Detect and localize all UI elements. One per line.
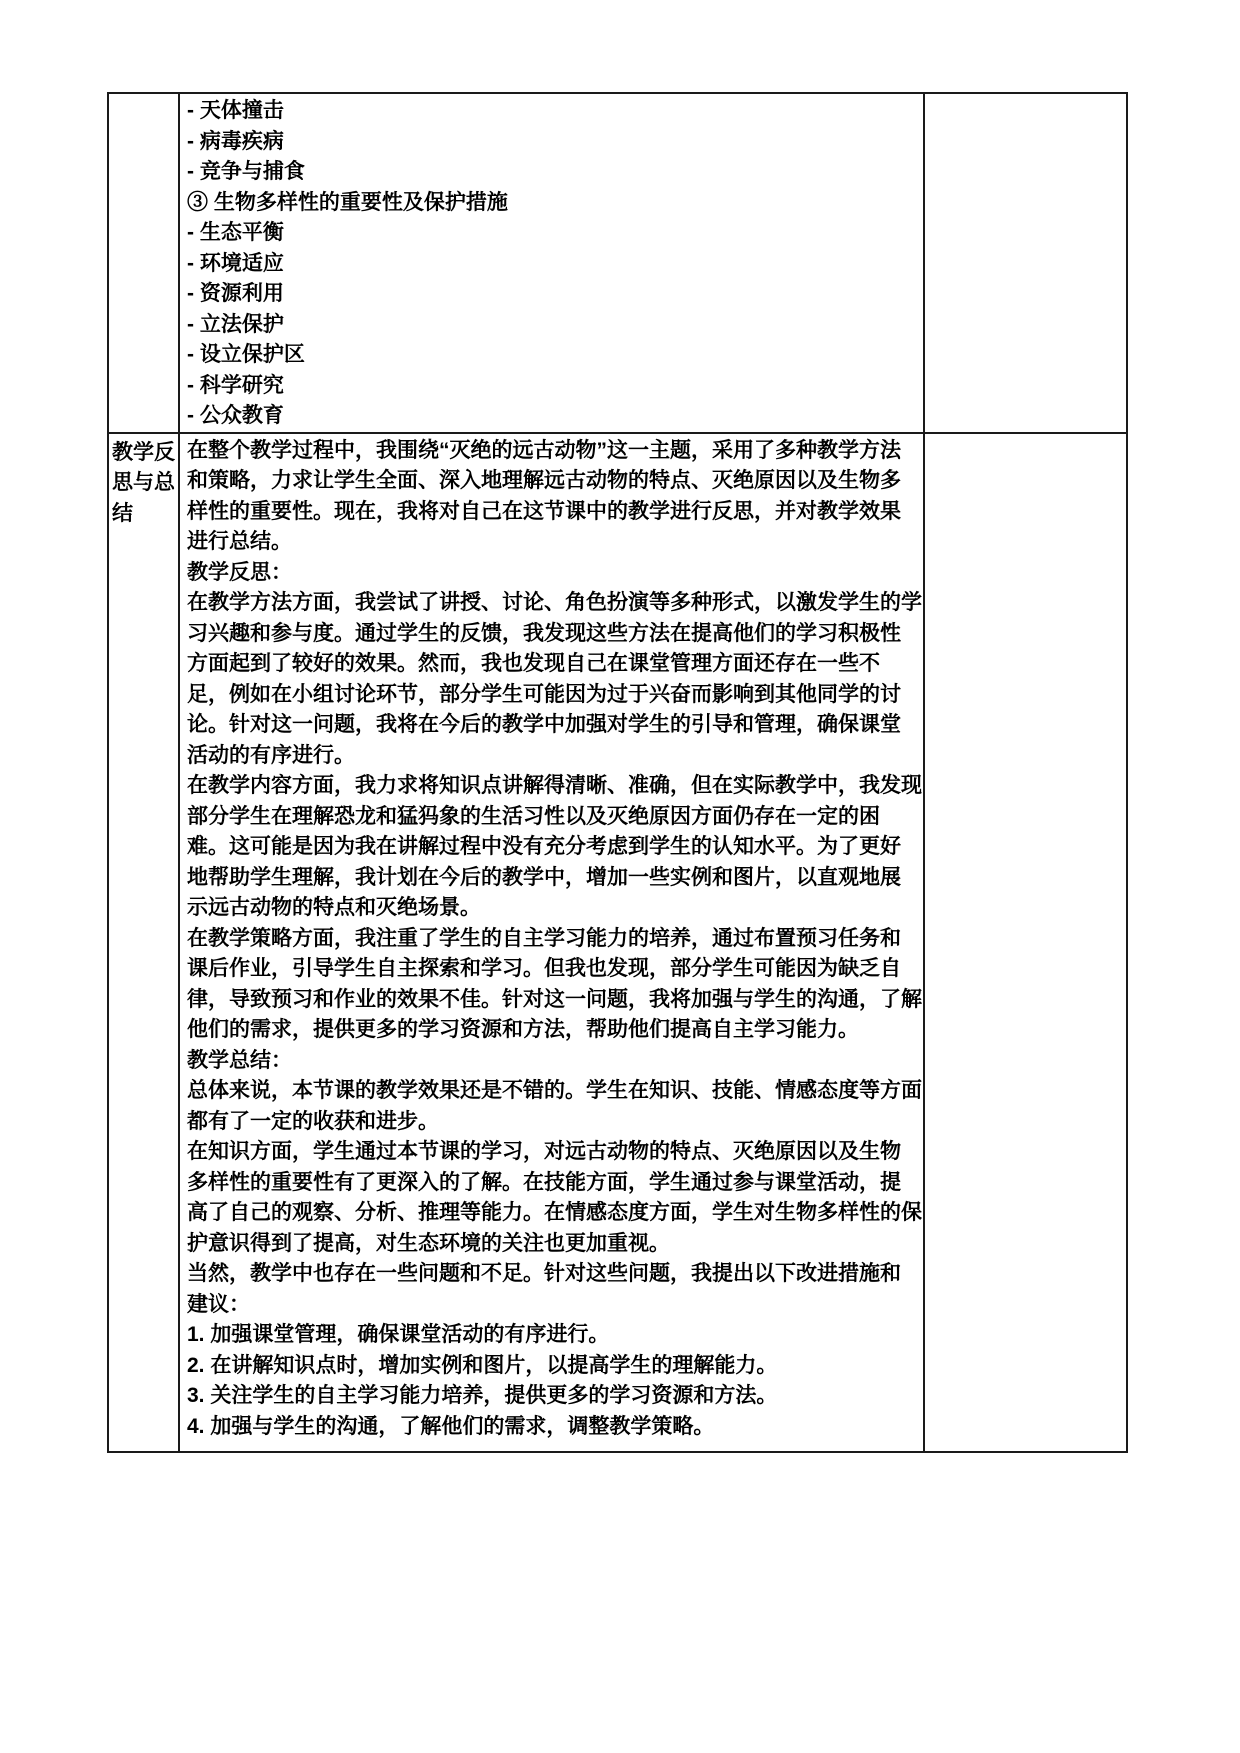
text-line: 1. 加强课堂管理，确保课堂活动的有序进行。 [187, 1320, 923, 1351]
row1-notes-cell [924, 93, 1127, 433]
text-line: - 设立保护区 [187, 340, 923, 371]
table-row: 教学反思与总结 在整个教学过程中，我围绕“灭绝的远古动物”这一主题，采用了多种教… [108, 433, 1127, 1452]
text-line: 难。这可能是因为我在讲解过程中没有充分考虑到学生的认知水平。为了更好 [187, 832, 923, 863]
row2-header-cell: 教学反思与总结 [108, 433, 179, 1452]
text-line: 部分学生在理解恐龙和猛犸象的生活习性以及灭绝原因方面仍存在一定的困 [187, 802, 923, 833]
text-line: 地帮助学生理解，我计划在今后的教学中，增加一些实例和图片，以直观地展 [187, 863, 923, 894]
text-line: 他们的需求，提供更多的学习资源和方法，帮助他们提高自主学习能力。 [187, 1015, 923, 1046]
text-line: 2. 在讲解知识点时，增加实例和图片，以提高学生的理解能力。 [187, 1351, 923, 1382]
text-line: - 资源利用 [187, 279, 923, 310]
text-line: 教学总结： [187, 1046, 923, 1077]
text-line: 教学反思： [187, 558, 923, 589]
text-line: 课后作业，引导学生自主探索和学习。但我也发现，部分学生可能因为缺乏自 [187, 954, 923, 985]
text-line: - 科学研究 [187, 371, 923, 402]
text-line: 示远古动物的特点和灭绝场景。 [187, 893, 923, 924]
text-line: - 公众教育 [187, 401, 923, 432]
row1-header-cell [108, 93, 179, 433]
text-line: 在教学方法方面，我尝试了讲授、讨论、角色扮演等多种形式，以激发学生的学 [187, 588, 923, 619]
text-line: - 生态平衡 [187, 218, 923, 249]
text-line: 多样性的重要性有了更深入的了解。在技能方面，学生通过参与课堂活动，提 [187, 1168, 923, 1199]
text-line: 和策略，力求让学生全面、深入地理解远古动物的特点、灭绝原因以及生物多 [187, 466, 923, 497]
text-line: 在教学内容方面，我力求将知识点讲解得清晰、准确，但在实际教学中，我发现 [187, 771, 923, 802]
row2-content-cell: 在整个教学过程中，我围绕“灭绝的远古动物”这一主题，采用了多种教学方法和策略，力… [179, 433, 924, 1452]
text-line: 活动的有序进行。 [187, 741, 923, 772]
text-line: - 病毒疾病 [187, 127, 923, 158]
text-line: 律，导致预习和作业的效果不佳。针对这一问题，我将加强与学生的沟通，了解 [187, 985, 923, 1016]
text-line: - 环境适应 [187, 249, 923, 280]
text-line: 当然，教学中也存在一些问题和不足。针对这些问题，我提出以下改进措施和 [187, 1259, 923, 1290]
text-line: - 竞争与捕食 [187, 157, 923, 188]
text-line: 护意识得到了提高，对生态环境的关注也更加重视。 [187, 1229, 923, 1260]
row1-content-cell: - 天体撞击- 病毒疾病- 竞争与捕食③ 生物多样性的重要性及保护措施- 生态平… [179, 93, 924, 433]
row2-header-label: 教学反思与总结 [112, 441, 175, 525]
text-line: 在知识方面，学生通过本节课的学习，对远古动物的特点、灭绝原因以及生物 [187, 1137, 923, 1168]
lesson-plan-table: - 天体撞击- 病毒疾病- 竞争与捕食③ 生物多样性的重要性及保护措施- 生态平… [107, 92, 1128, 1453]
text-line: 论。针对这一问题，我将在今后的教学中加强对学生的引导和管理，确保课堂 [187, 710, 923, 741]
text-line: 建议： [187, 1290, 923, 1321]
text-line: - 立法保护 [187, 310, 923, 341]
text-line: - 天体撞击 [187, 96, 923, 127]
text-line: 都有了一定的收获和进步。 [187, 1107, 923, 1138]
text-line: 进行总结。 [187, 527, 923, 558]
table-row: - 天体撞击- 病毒疾病- 竞争与捕食③ 生物多样性的重要性及保护措施- 生态平… [108, 93, 1127, 433]
text-line: 在教学策略方面，我注重了学生的自主学习能力的培养，通过布置预习任务和 [187, 924, 923, 955]
text-line: 高了自己的观察、分析、推理等能力。在情感态度方面，学生对生物多样性的保 [187, 1198, 923, 1229]
text-line: ③ 生物多样性的重要性及保护措施 [187, 188, 923, 219]
text-line: 在整个教学过程中，我围绕“灭绝的远古动物”这一主题，采用了多种教学方法 [187, 436, 923, 467]
text-line: 习兴趣和参与度。通过学生的反馈，我发现这些方法在提高他们的学习积极性 [187, 619, 923, 650]
row2-notes-cell [924, 433, 1127, 1452]
text-line: 足，例如在小组讨论环节，部分学生可能因为过于兴奋而影响到其他同学的讨 [187, 680, 923, 711]
text-line: 3. 关注学生的自主学习能力培养，提供更多的学习资源和方法。 [187, 1381, 923, 1412]
text-line: 样性的重要性。现在，我将对自己在这节课中的教学进行反思，并对教学效果 [187, 497, 923, 528]
text-line: 总体来说，本节课的教学效果还是不错的。学生在知识、技能、情感态度等方面 [187, 1076, 923, 1107]
document-page: - 天体撞击- 病毒疾病- 竞争与捕食③ 生物多样性的重要性及保护措施- 生态平… [0, 0, 1240, 1753]
text-line: 方面起到了较好的效果。然而，我也发现自己在课堂管理方面还存在一些不 [187, 649, 923, 680]
text-line: 4. 加强与学生的沟通，了解他们的需求，调整教学策略。 [187, 1412, 923, 1443]
